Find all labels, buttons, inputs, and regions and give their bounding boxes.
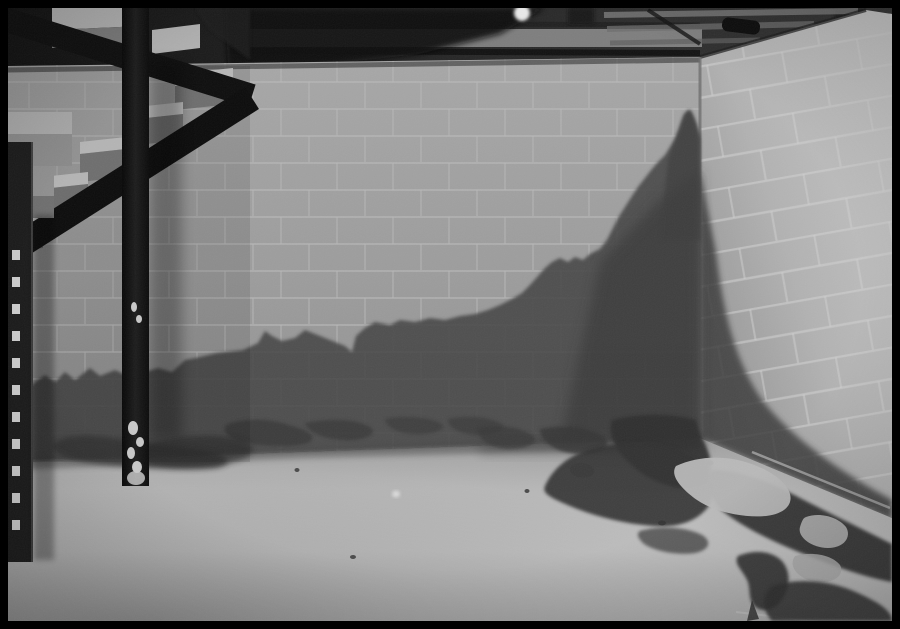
basement-photo-figure (0, 0, 900, 629)
basement-photo (0, 0, 900, 629)
photo-border (0, 0, 900, 629)
film-grain (8, 8, 892, 621)
